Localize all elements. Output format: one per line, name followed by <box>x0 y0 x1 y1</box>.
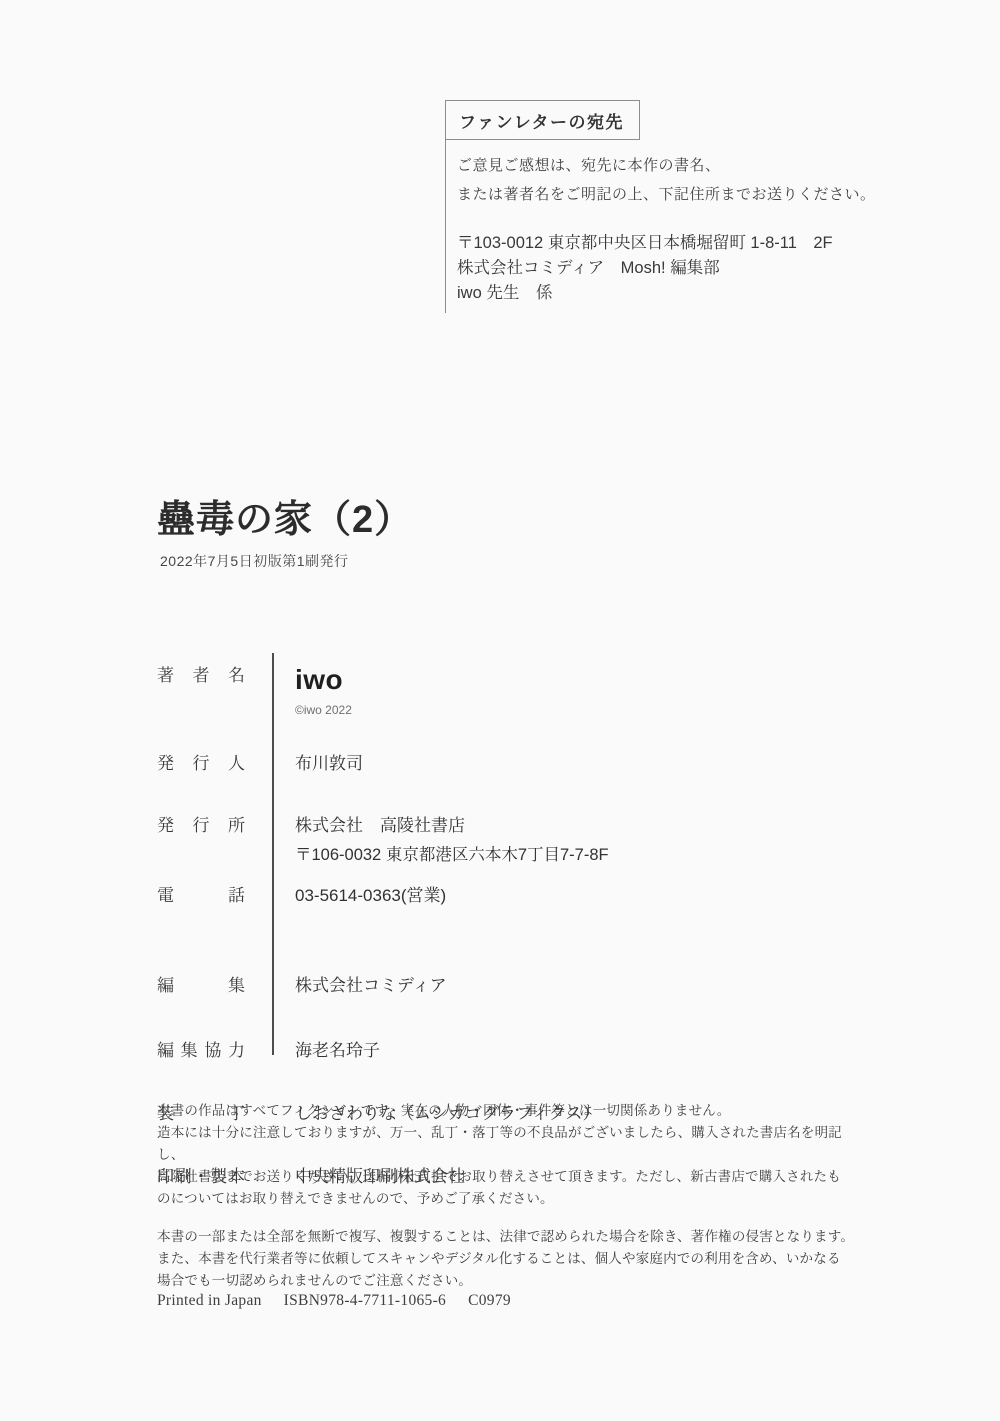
colophon-value: 03-5614-0363(営業) <box>295 884 446 908</box>
fan-letter-address: 〒103-0012 東京都中央区日本橋堀留町 1-8-11 2F 株式会社コミデ… <box>457 231 935 306</box>
colophon-value: 株式会社コミディア <box>295 974 447 998</box>
isbn-number: ISBN978-4-7711-1065-6 <box>284 1292 446 1309</box>
colophon-label: 著者名 <box>157 664 245 712</box>
colophon-row: 編集協力 海老名玲子 <box>157 1039 897 1087</box>
colophon-row: 著者名 iwo ©iwo 2022 <box>157 664 897 722</box>
fan-letter-section: ファンレターの宛先 ご意見ご感想は、宛先に本作の書名、 または著者名をご明記の上… <box>445 100 935 306</box>
printed-in-label: Printed in Japan <box>157 1292 262 1309</box>
colophon-label: 発行人 <box>157 752 245 800</box>
colophon-label: 電話 <box>157 884 245 932</box>
publisher-address: 〒106-0032 東京都港区六本木7丁目7-7-8F <box>295 843 609 867</box>
copyright-notice: 本書の一部または全部を無断で複写、複製することは、法律で認められた場合を除き、著… <box>157 1226 869 1292</box>
colophon-row: 発行人 布川敦司 <box>157 752 897 800</box>
colophon-value-group: 株式会社コミディア <box>295 974 447 998</box>
colophon-value-group: 株式会社 高陵社書店 〒106-0032 東京都港区六本木7丁目7-7-8F <box>295 814 609 867</box>
fiction-and-defect-notice: 本書の作品はすべてフィクションです。実在の人物・団体・事件等とは一切関係ありませ… <box>157 1100 869 1210</box>
c-code: C0979 <box>468 1292 511 1309</box>
colophon-row: 編集 株式会社コミディア <box>157 974 897 1022</box>
colophon-value: iwo <box>295 664 352 696</box>
colophon-value: 布川敦司 <box>295 752 363 776</box>
colophon-divider-rule <box>272 653 274 1055</box>
colophon-value-group: iwo ©iwo 2022 <box>295 664 352 722</box>
colophon-label: 編集 <box>157 974 245 1022</box>
colophon-page: ファンレターの宛先 ご意見ご感想は、宛先に本作の書名、 または著者名をご明記の上… <box>0 0 1000 1421</box>
colophon-value-group: 布川敦司 <box>295 752 363 776</box>
edition-date: 2022年7月5日初版第1刷発行 <box>160 551 413 571</box>
title-block: 蠱毒の家（2） 2022年7月5日初版第1刷発行 <box>157 498 413 571</box>
fan-letter-heading: ファンレターの宛先 <box>445 100 640 140</box>
colophon-value-group: 海老名玲子 <box>295 1039 380 1063</box>
colophon-label: 編集協力 <box>157 1039 245 1087</box>
legal-notices: 本書の作品はすべてフィクションです。実在の人物・団体・事件等とは一切関係ありませ… <box>157 1086 869 1305</box>
colophon-value: 株式会社 高陵社書店 <box>295 814 609 838</box>
footer-line: Printed in JapanISBN978-4-7711-1065-6C09… <box>157 1292 533 1310</box>
colophon-row: 発行所 株式会社 高陵社書店 〒106-0032 東京都港区六本木7丁目7-7-… <box>157 814 897 867</box>
fan-letter-left-rule <box>445 101 446 313</box>
colophon-value-group: 03-5614-0363(営業) <box>295 884 446 908</box>
colophon-value: 海老名玲子 <box>295 1039 380 1063</box>
colophon-row: 電話 03-5614-0363(営業) <box>157 884 897 932</box>
fan-letter-intro: ご意見ご感想は、宛先に本作の書名、 または著者名をご明記の上、下記住所までお送り… <box>457 151 935 209</box>
copyright-note: ©iwo 2022 <box>295 698 352 722</box>
book-title: 蠱毒の家（2） <box>157 498 413 542</box>
colophon-label: 発行所 <box>157 814 245 862</box>
